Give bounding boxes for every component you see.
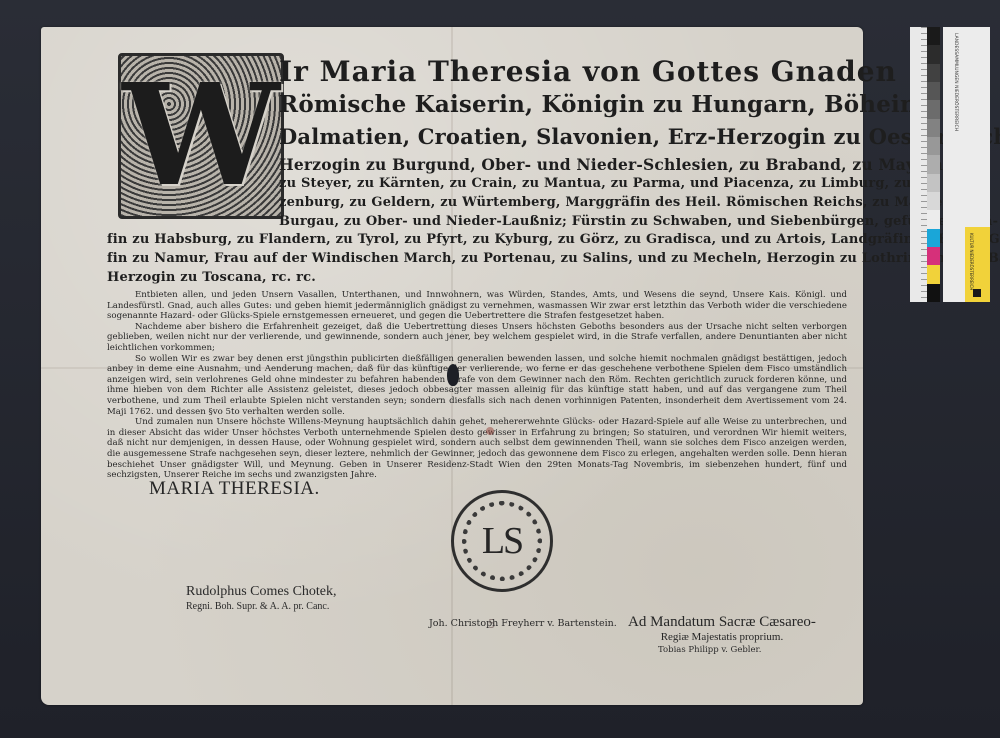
- title-line-9: fin zu Namur, Frau auf der Windischen Ma…: [107, 251, 1000, 266]
- seal-border: LS: [462, 501, 542, 581]
- document-sheet: W Ir Maria Theresia von Gottes Gnaden Rö…: [41, 27, 863, 705]
- yellow-patch: [927, 265, 940, 283]
- seal-ls: LS: [451, 490, 553, 592]
- institution-logo: LANDESSAMMLUNGEN NIEDERÖSTERREICH: [953, 33, 958, 131]
- title-line-5: zu Steyer, zu Kärnten, zu Crain, zu Mant…: [279, 176, 941, 191]
- chancellor-title: Regni. Boh. Supr. & A. A. pr. Canc.: [186, 601, 337, 612]
- title-line-7: Burgau, zu Ober- und Nieder-Laußniz; Für…: [279, 214, 998, 229]
- red-stain: [486, 427, 494, 435]
- grayscale-strip: [927, 27, 940, 302]
- signature-maria-theresia: MARIA THERESIA.: [149, 478, 320, 500]
- countersign-bartenstein: Joh. Christoph Freyherr v. Bartenstein.: [429, 618, 617, 629]
- mandatum-line-1: Ad Mandatum Sacræ Cæsareo-: [628, 614, 816, 631]
- color-calibration-target: LANDESSAMMLUNGEN NIEDERÖSTERREICH KULTUR…: [910, 27, 990, 302]
- countersign-gebler: Tobias Philipp v. Gebler.: [658, 645, 761, 655]
- paragraph: Nachdeme aber bishero die Erfahrenheit g…: [107, 322, 847, 354]
- black-patch: [927, 284, 940, 302]
- title-line-2: Römische Kaiserin, Königin zu Hungarn, B…: [279, 91, 933, 118]
- decorated-initial: W: [118, 53, 284, 219]
- paragraph: So wollen Wir es zwar bey denen erst jün…: [107, 354, 847, 418]
- chancellor-signature: Rudolphus Comes Chotek, Regni. Boh. Supr…: [186, 584, 337, 612]
- title-line-10: Herzogin zu Toscana, rc. rc.: [107, 270, 316, 285]
- institution-card: LANDESSAMMLUNGEN NIEDERÖSTERREICH KULTUR…: [943, 27, 990, 302]
- kultur-logo-icon: [973, 289, 981, 297]
- title-line-8: fin zu Habsburg, zu Flandern, zu Tyrol, …: [107, 232, 1000, 247]
- chancellor-name: Rudolphus Comes Chotek,: [186, 584, 337, 600]
- magenta-patch: [927, 247, 940, 265]
- mandatum-block: Ad Mandatum Sacræ Cæsareo- Regiæ Majesta…: [628, 614, 816, 643]
- kultur-badge: KULTUR NIEDERÖSTERREICH: [965, 227, 990, 302]
- decree-body: Entbieten allen, und jeden Unsern Vasall…: [107, 290, 847, 481]
- ruler-scale: [910, 27, 927, 302]
- title-line-1: Ir Maria Theresia von Gottes Gnaden: [279, 55, 897, 88]
- title-line-3: Dalmatien, Croatien, Slavonien, Erz-Herz…: [279, 124, 1000, 149]
- paragraph: Und zumalen nun Unsere höchste Willens-M…: [107, 417, 847, 481]
- paragraph: Entbieten allen, und jeden Unsern Vasall…: [107, 290, 847, 322]
- cyan-patch: [927, 229, 940, 247]
- title-line-4: Herzogin zu Burgund, Ober- und Nieder-Sc…: [279, 155, 960, 174]
- mandatum-line-2: Regiæ Majestatis proprium.: [628, 631, 816, 643]
- title-line-6: zenburg, zu Geldern, zu Würtemberg, Marg…: [279, 195, 979, 210]
- paper-hole: [447, 364, 459, 386]
